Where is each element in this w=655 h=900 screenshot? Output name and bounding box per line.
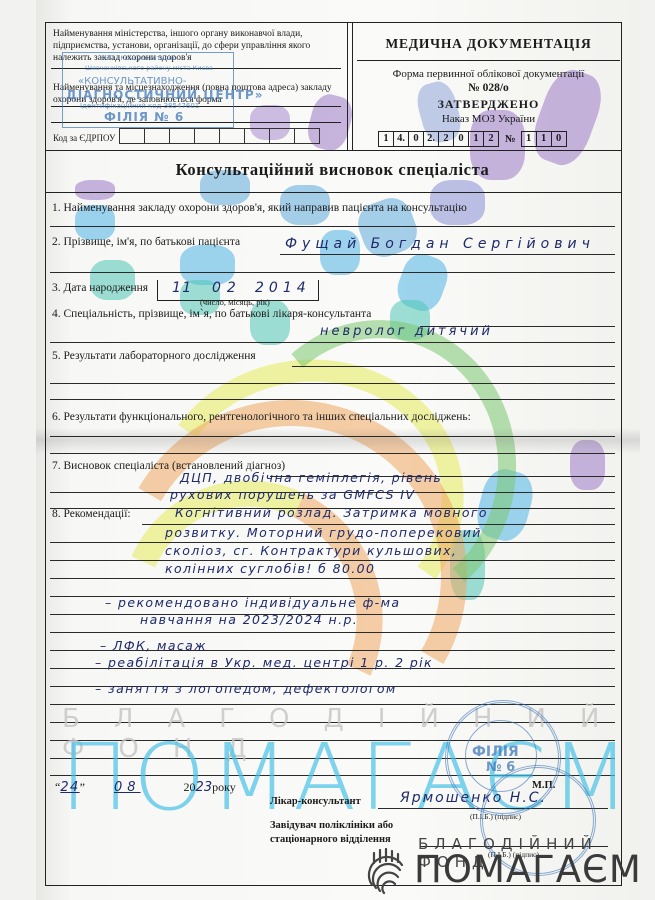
- head-label-1: Завідувач поліклініки або: [270, 820, 393, 831]
- field-patient-name-value: Фущай Богдан Сергійович: [285, 236, 595, 252]
- order-label: Наказ МОЗ України: [357, 113, 620, 125]
- field-patient-name-label: 2. Прізвище, ім'я, по батькові пацієнта: [52, 236, 240, 248]
- date-day: 24: [60, 780, 79, 795]
- field-consultant-value: невролог дитячий: [320, 324, 493, 339]
- edrpou-label: Код за ЄДРПОУ: [53, 132, 115, 144]
- order-date-boxes: 1 4. 0 2. 2 0 1 2 № 1 1 0: [379, 131, 567, 147]
- field-functional-results-label: 6. Результати функціонального, рентгенол…: [52, 411, 471, 423]
- birth-month: 02: [212, 280, 242, 296]
- field-lab-results-label: 5. Результати лабораторного дослідження: [52, 350, 256, 362]
- recommendation-line-10: – заняття з логопедом, дефектологом: [95, 681, 397, 696]
- recommendation-line-8: – ЛФК, масаж: [100, 638, 207, 653]
- head-label-2: стаціонарного відділення: [270, 834, 391, 845]
- fingerprint-logo-icon: [362, 845, 412, 895]
- field-consultant-label: 4. Спеціальність, прізвище, ім`я, по бат…: [52, 308, 371, 320]
- approved-label: ЗАТВЕРДЖЕНО: [357, 97, 620, 112]
- recommendation-line-9: – реабілітація в Укр. мед. центрі 1 р. 2…: [95, 655, 433, 670]
- recommendation-line-2: розвитку. Моторний грудо-поперековий: [165, 525, 482, 540]
- footer-date: “24” 08 2023року: [55, 780, 236, 795]
- logo-fund-name: ПОМАГАЄМ: [414, 848, 642, 891]
- field-birth-date-label: 3. Дата народження: [52, 282, 148, 294]
- date-year: 23: [196, 780, 213, 795]
- date-month: 08: [94, 780, 181, 795]
- field-recommendations-label: 8. Рекомендації:: [52, 508, 131, 520]
- birth-date-hint: (число, місяць, рік): [200, 297, 270, 307]
- birth-day: 11: [172, 280, 193, 296]
- edrpou-code-boxes: [120, 128, 320, 144]
- diagnosis-line-2: рухових порушень за GMFCS IV: [170, 487, 415, 502]
- field-referring-facility-label: 1. Найменування закладу охорони здоров'я…: [52, 202, 467, 214]
- medical-documentation-title: МЕДИЧНА ДОКУМЕНТАЦІЯ: [357, 36, 620, 61]
- recommendation-line-7: навчання на 2023/2024 н.р.: [140, 612, 358, 627]
- field-referring-facility-line: [50, 226, 615, 227]
- consultant-doctor-label: Лікар-консультант: [270, 796, 361, 807]
- header-right-block: МЕДИЧНА ДОКУМЕНТАЦІЯ Форма первинної обл…: [357, 22, 620, 150]
- recommendation-line-3: сколіоз, сг. Контрактури кульшових,: [165, 543, 457, 558]
- recommendation-line-4: колінних суглобів! б 80.00: [165, 561, 375, 576]
- order-number-sign: №: [505, 134, 516, 145]
- birth-year: 2014: [255, 280, 311, 296]
- document-title: Консультаційний висновок спеціаліста: [45, 160, 620, 180]
- recommendation-line-6: – рекомендовано індивідуальне ф-ма: [105, 595, 400, 610]
- form-number: № 028/о: [357, 82, 620, 94]
- diagnosis-line-1: ДЦП, двобічна геміплегія, рівень: [180, 470, 442, 485]
- recommendation-line-1: Когнітивний розлад. Затримка мовного: [175, 505, 488, 520]
- form-type-label: Форма первинної облікової документації: [357, 68, 620, 80]
